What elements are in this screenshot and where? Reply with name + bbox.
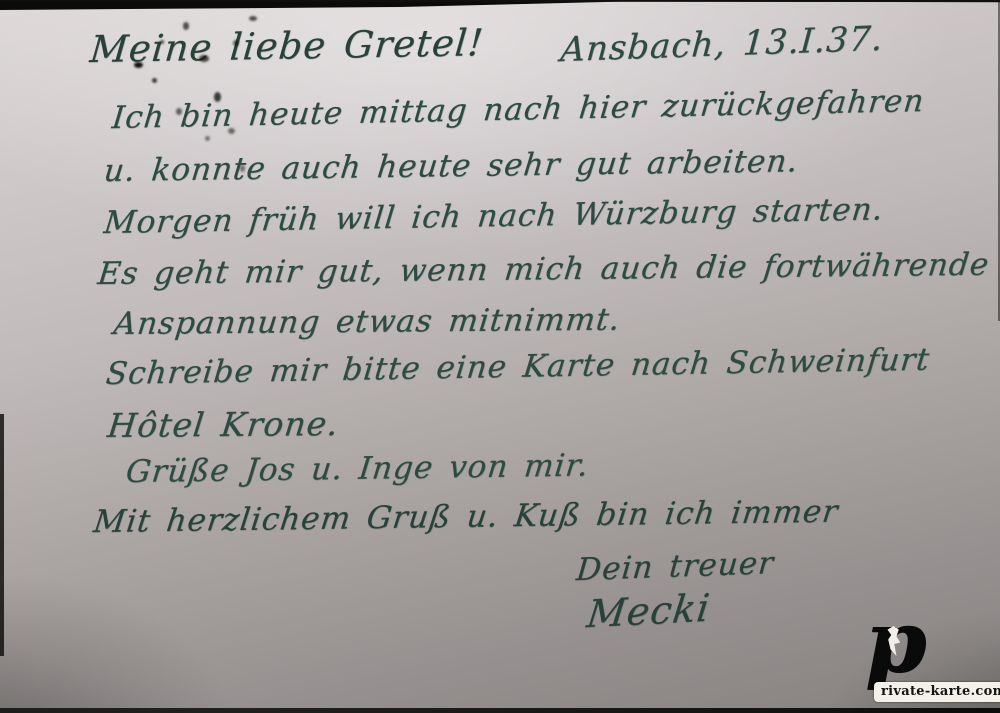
body-line-4: Es geht mir gut, wenn mich auch die fort… (96, 247, 991, 292)
greeting: Meine liebe Gretel! (88, 21, 485, 71)
body-line-6: Schreibe mir bitte eine Karte nach Schwe… (104, 342, 931, 392)
valediction: Dein treuer (575, 545, 776, 588)
body-line-1: Ich bin heute mittag nach hier zurückgef… (110, 83, 926, 136)
body-line-2: u. konnte auch heute sehr gut arbeiten. (102, 143, 800, 189)
photo-top-edge-line (0, 0, 1000, 2)
ink-speck (205, 136, 210, 141)
body-line-7: Hôtel Krone. (106, 404, 342, 445)
watermark-label: rivate-karte.com (874, 682, 1000, 702)
photo-bottom-edge (0, 708, 1000, 713)
signature: Mecki (585, 586, 713, 637)
ink-speck (249, 16, 257, 21)
watermark: p rivate-karte.com (860, 604, 1000, 713)
postcard-paper: Meine liebe Gretel! Ansbach, 13.I.37. Ic… (0, 0, 1000, 713)
body-line-8: Grüße Jos u. Inge von mir. (124, 448, 591, 491)
dateline: Ansbach, 13.I.37. (559, 19, 884, 70)
postcard-photo: Meine liebe Gretel! Ansbach, 13.I.37. Ic… (0, 0, 1000, 713)
photo-left-edge (0, 414, 4, 656)
body-line-3: Morgen früh will ich nach Würzburg start… (102, 191, 885, 241)
closing-line: Mit herzlichem Gruß u. Kuß bin ich immer (91, 494, 840, 540)
body-line-5: Anspannung etwas mitnimmt. (112, 302, 623, 342)
ink-speck (152, 78, 157, 83)
